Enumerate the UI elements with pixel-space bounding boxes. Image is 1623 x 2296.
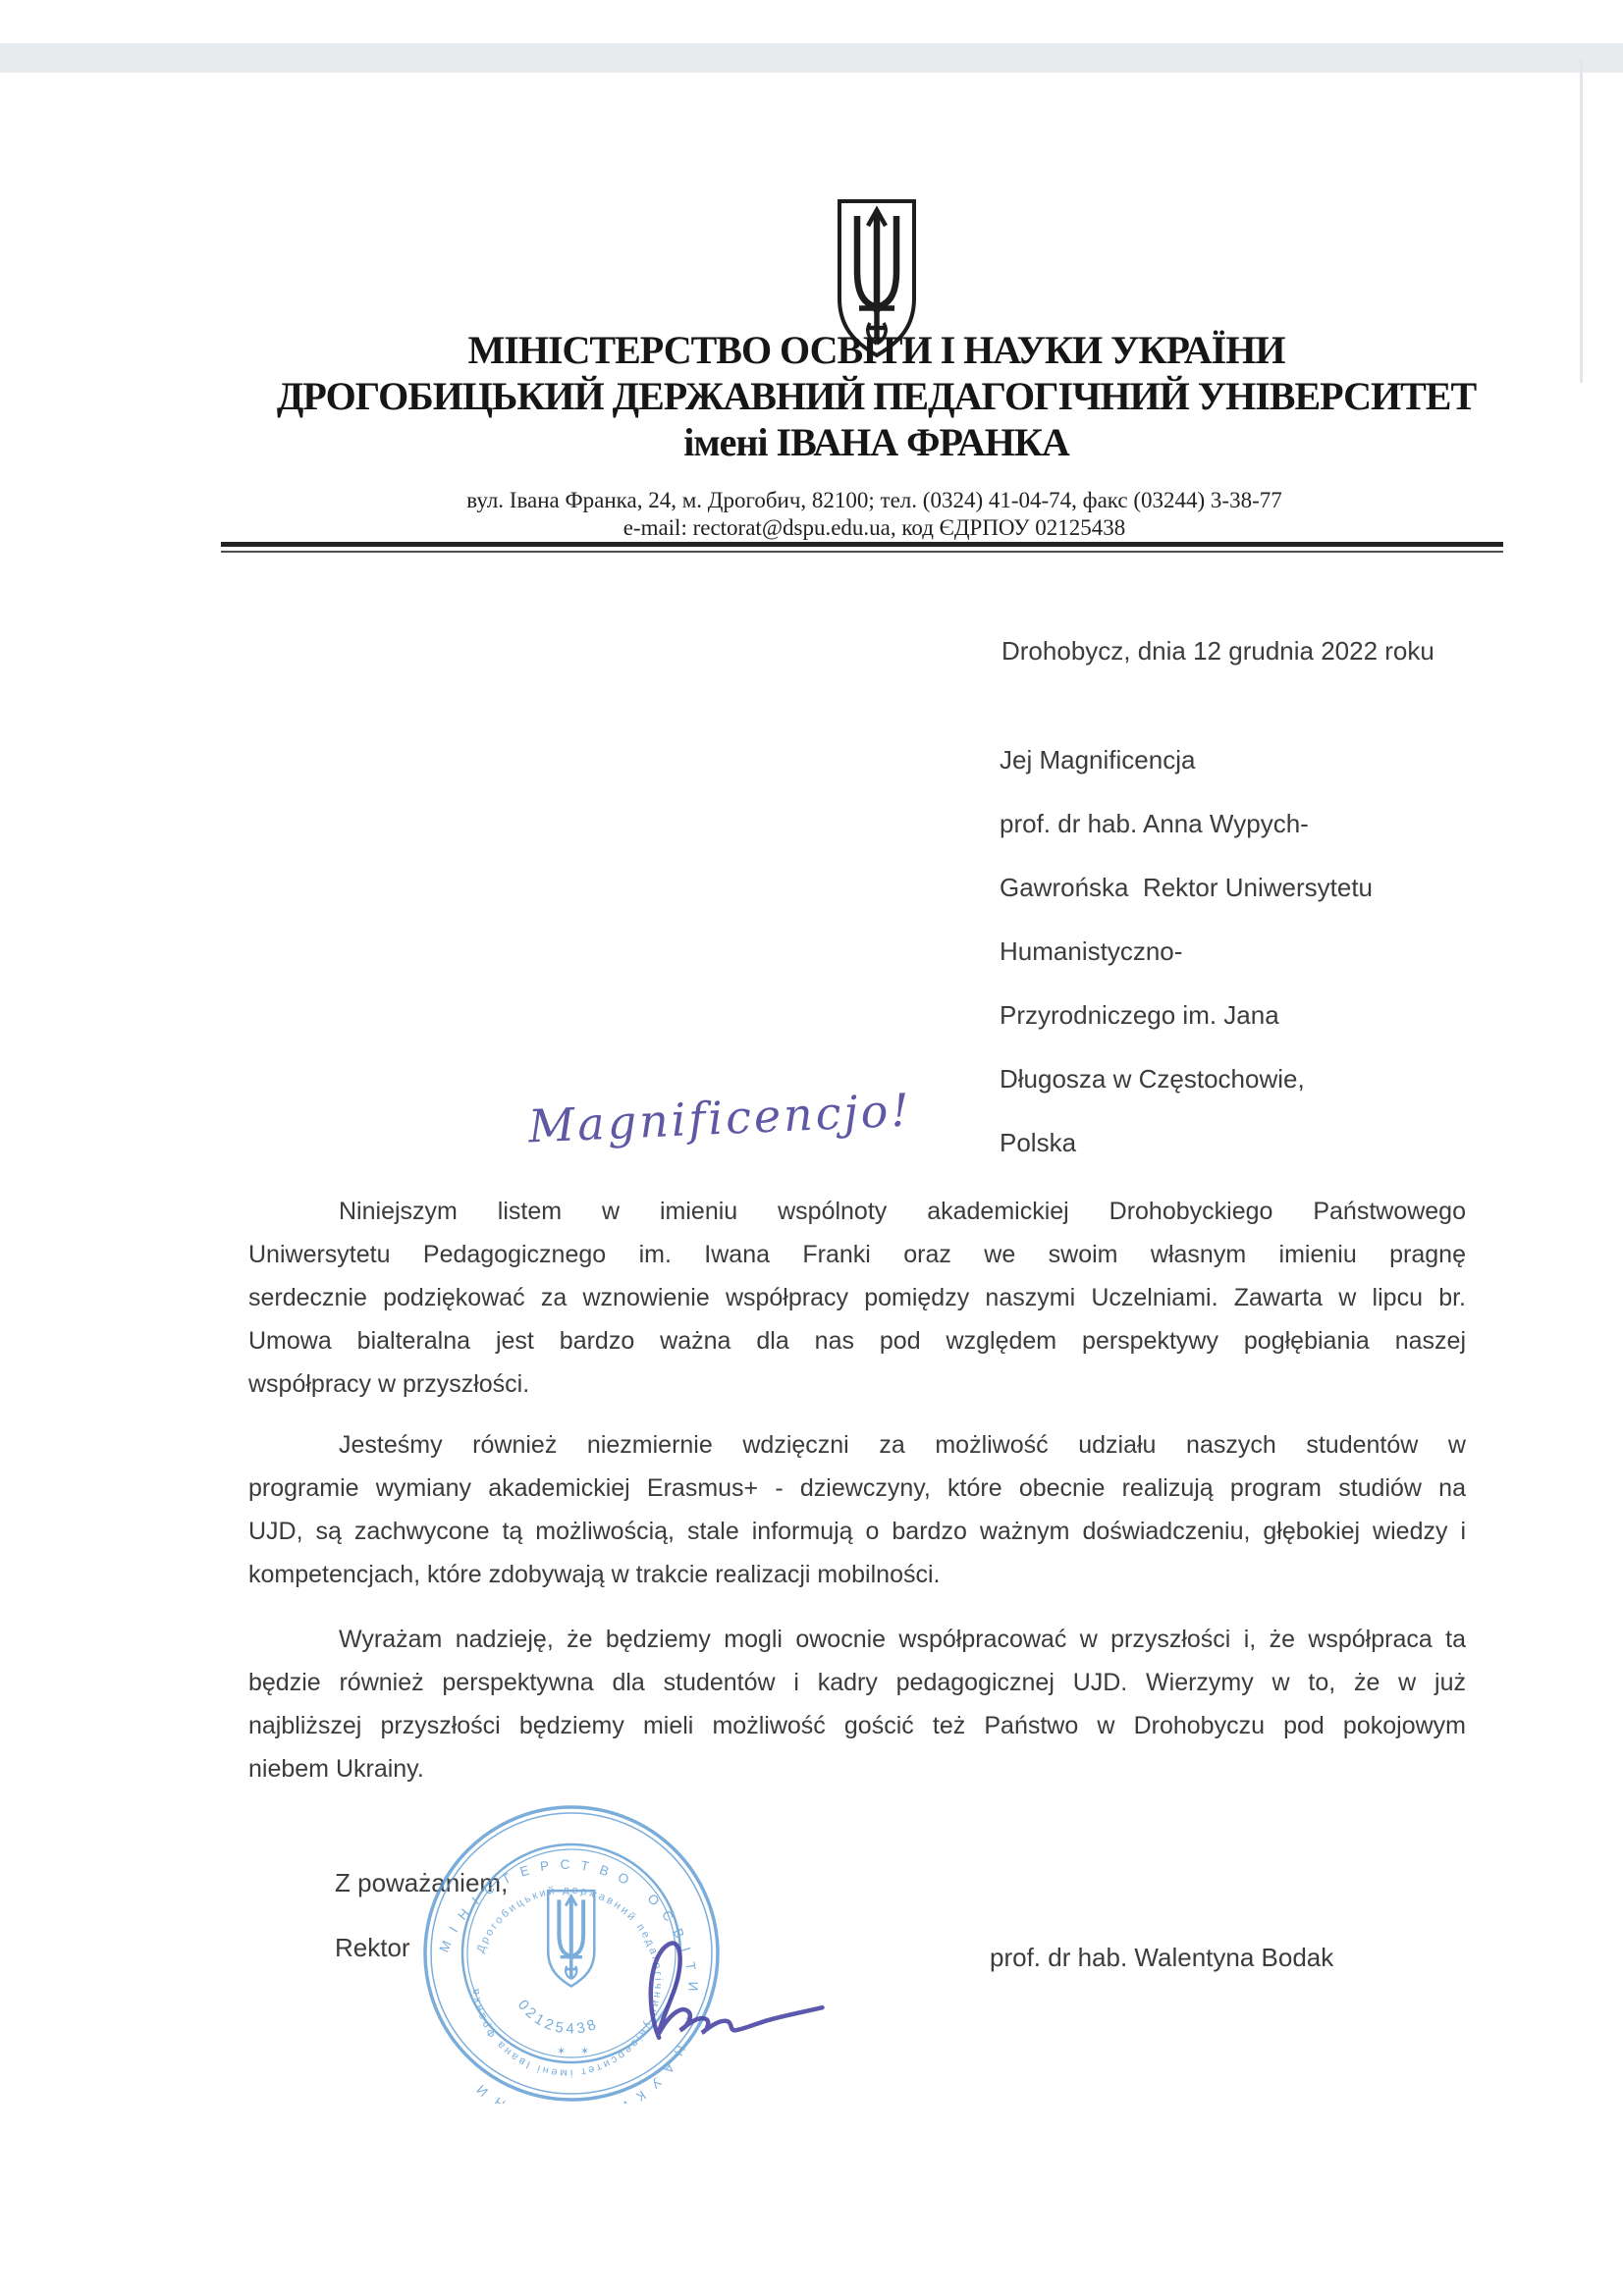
- letterhead: МІНІСТЕРСТВО ОСВІТИ І НАУКИ УКРАЇНИ ДРОГ…: [65, 327, 1623, 465]
- stamp-star-mark: ✶: [557, 2046, 566, 2057]
- university-name: ДРОГОБИЦЬКИЙ ДЕРЖАВНИЙ ПЕДАГОГІЧНИЙ УНІВ…: [65, 373, 1623, 419]
- body-line: serdecznie podziękować za wznowienie wsp…: [248, 1276, 1466, 1319]
- body-line: Umowa bialteralna jest bardzo ważna dla …: [248, 1319, 1466, 1362]
- body-line: Niniejszym listem w imieniu wspólnoty ak…: [248, 1190, 1466, 1233]
- addressee-line: Długosza w Częstochowie,: [1000, 1047, 1373, 1111]
- body-line: najbliższej przyszłości będziemy mieli m…: [248, 1704, 1466, 1747]
- handwritten-salutation: Magnificencjo!: [527, 1084, 913, 1153]
- body-line: Wyrażam nadzieję, że będziemy mogli owoc…: [248, 1618, 1466, 1661]
- letterhead-contacts: вул. Івана Франка, 24, м. Дрогобич, 8210…: [63, 487, 1623, 542]
- body-line: Jesteśmy również niezmiernie wdzięczni z…: [248, 1423, 1466, 1467]
- paragraph-2: Jesteśmy również niezmiernie wdzięczni z…: [248, 1423, 1466, 1596]
- paragraph-1: Niniejszym listem w imieniu wspólnoty ak…: [248, 1190, 1466, 1406]
- addressee-line: Gawrońska Rektor Uniwersytetu: [1000, 856, 1373, 920]
- dateline: Drohobycz, dnia 12 grudnia 2022 roku: [1001, 636, 1434, 667]
- paragraph-3: Wyrażam nadzieję, że będziemy mogli owoc…: [248, 1618, 1466, 1790]
- body-line: kompetencjach, które zdobywają w trakcie…: [248, 1553, 1466, 1596]
- body-line: niebem Ukrainy.: [248, 1747, 1466, 1790]
- body-line: będzie również perspektywna dla studentó…: [248, 1661, 1466, 1704]
- body-line: współpracy w przyszłości.: [248, 1362, 1466, 1406]
- ministry-name: МІНІСТЕРСТВО ОСВІТИ І НАУКИ УКРАЇНИ: [65, 327, 1623, 373]
- stamp-star-mark: ✶: [580, 2046, 589, 2057]
- university-named-after: імені ІВАНА ФРАНКА: [65, 419, 1623, 465]
- stamp-trident-icon: [548, 1891, 594, 1986]
- rector-signature: [622, 1908, 857, 2071]
- letterhead-rule-thin: [221, 551, 1503, 553]
- addressee-line: Jej Magnificencja: [1000, 728, 1373, 792]
- email-and-code: e-mail: rectorat@dspu.edu.ua, код ЄДРПОУ…: [63, 514, 1623, 542]
- scanned-letter-page: МІНІСТЕРСТВО ОСВІТИ І НАУКИ УКРАЇНИ ДРОГ…: [0, 0, 1623, 2296]
- letterhead-rule-thick: [221, 542, 1503, 547]
- addressee-line: Przyrodniczego im. Jana: [1000, 984, 1373, 1047]
- postal-address: вул. Івана Франка, 24, м. Дрогобич, 8210…: [63, 487, 1623, 514]
- addressee-line: Polska: [1000, 1111, 1373, 1175]
- signer-name: prof. dr hab. Walentyna Bodak: [990, 1943, 1333, 1973]
- addressee-line: prof. dr hab. Anna Wypych-: [1000, 792, 1373, 856]
- body-line: UJD, są zachwycone tą możliwością, stale…: [248, 1510, 1466, 1553]
- addressee-block: Jej Magnificencja prof. dr hab. Anna Wyp…: [1000, 728, 1373, 1175]
- scan-artifact-band: [0, 43, 1623, 73]
- body-line: Uniwersytetu Pedagogicznego im. Iwana Fr…: [248, 1233, 1466, 1276]
- addressee-line: Humanistyczno-: [1000, 920, 1373, 984]
- stamp-edrpou-code: 02125438: [514, 1997, 602, 2037]
- body-line: programie wymiany akademickiej Erasmus+ …: [248, 1467, 1466, 1510]
- signer-title: Rektor: [335, 1933, 410, 1963]
